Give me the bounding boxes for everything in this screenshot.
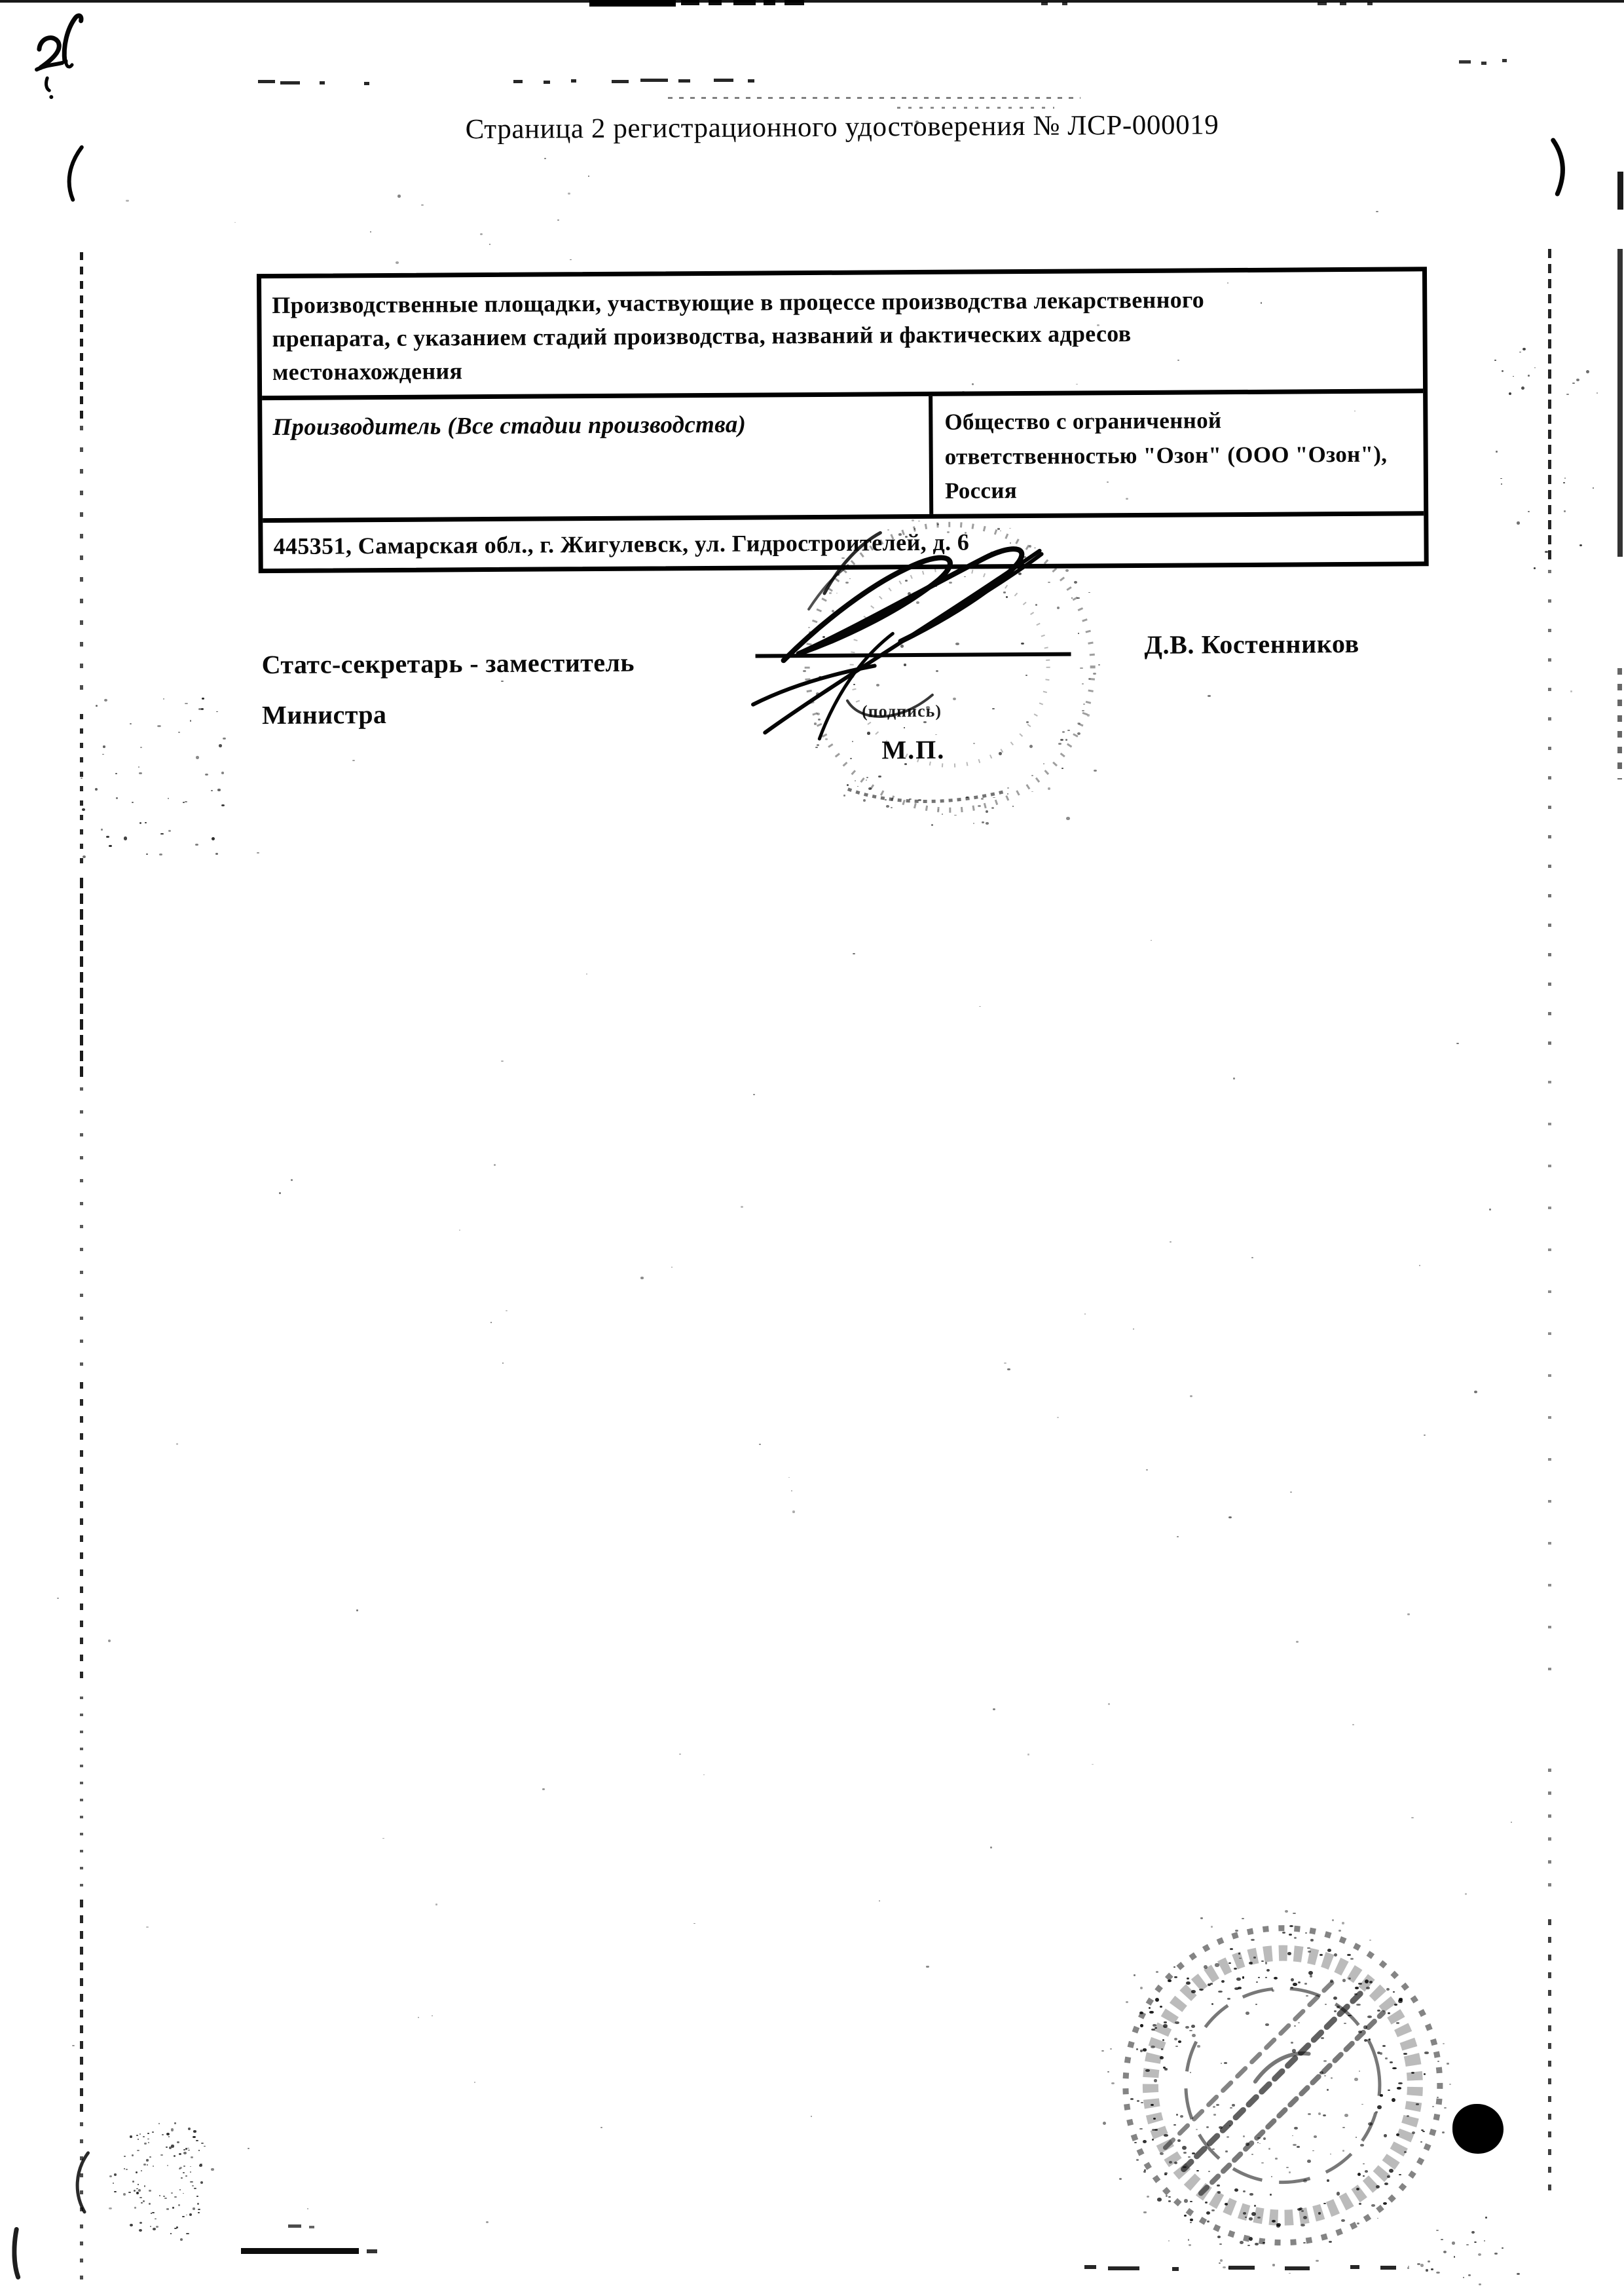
scan-noise-speck [926, 1966, 929, 1967]
scan-noise-speck [421, 204, 423, 206]
scan-noise-speck [1067, 730, 1070, 731]
scan-noise-speck [1176, 2114, 1178, 2116]
scan-noise-speck [221, 772, 224, 774]
scan-noise-speck [857, 786, 858, 787]
scan-noise-speck [568, 193, 570, 195]
scan-noise-speck [942, 814, 943, 815]
scan-noise-speck [993, 1708, 995, 1710]
scan-noise-vertical-line [80, 2122, 83, 2286]
scan-noise-speck [1333, 1997, 1337, 2000]
scan-noise-speck [1141, 2102, 1143, 2103]
scan-noise-speck [168, 2136, 170, 2137]
scan-noise-speck [1155, 1998, 1160, 2002]
scan-noise-speck [1234, 2188, 1238, 2192]
scan-noise-speck [138, 766, 139, 768]
scan-noise-speck [1076, 384, 1078, 385]
scan-noise-speck [1243, 2135, 1245, 2137]
scan-noise-speck [1061, 768, 1063, 770]
scan-noise-speck [1356, 2004, 1361, 2006]
scan-noise-speck [1088, 678, 1090, 680]
scan-noise-speck [167, 2165, 169, 2166]
scan-noise-speck [186, 2215, 187, 2216]
scan-noise-speck [1294, 2025, 1296, 2027]
scan-noise-speck [825, 738, 828, 740]
scan-noise-speck [179, 2167, 181, 2169]
scan-noise-speck [257, 852, 259, 853]
scan-noise-speck [114, 2191, 117, 2192]
scan-noise-speck [1249, 2193, 1253, 2195]
scan-noise-speck [1348, 1978, 1351, 1979]
scan-noise-speck [703, 1774, 705, 1776]
scan-noise-speck [102, 754, 104, 755]
scan-noise-speck [1397, 512, 1399, 513]
scan-noise-speck [1192, 2152, 1195, 2154]
scan-noise-vertical-line [80, 1900, 83, 2116]
scan-noise-mark [678, 79, 690, 83]
scan-noise-speck [1265, 2023, 1269, 2026]
scan-noise-speck [1375, 2111, 1377, 2112]
scan-noise-speck [146, 1926, 149, 1928]
scan-noise-speck [904, 763, 907, 765]
scan-noise-speck [82, 808, 85, 811]
scan-noise-speck [1164, 2134, 1168, 2137]
scan-noise-speck [1293, 1983, 1297, 1986]
scan-noise-speck [1077, 597, 1080, 599]
scan-noise-speck [1513, 376, 1514, 377]
scan-noise-speck [1219, 2126, 1223, 2129]
scan-noise-speck [693, 1923, 695, 1924]
scan-noise-speck [1217, 2185, 1220, 2186]
scan-noise-speck [1213, 2106, 1215, 2109]
scan-noise-speck [1301, 2224, 1305, 2226]
scan-noise-speck [109, 2175, 112, 2177]
scan-noise-speck [201, 708, 204, 710]
scan-noise-speck [215, 853, 219, 855]
scan-noise-speck [185, 703, 188, 704]
scan-noise-speck [1219, 2243, 1222, 2245]
scan-noise-mark [0, 0, 1624, 3]
scan-noise-speck [1007, 793, 1009, 795]
scan-noise-speck [1392, 2067, 1397, 2069]
scan-noise-speck [1456, 1043, 1459, 1045]
scan-noise-speck [1261, 302, 1263, 303]
scan-noise-speck [819, 676, 822, 679]
scan-noise-speck [211, 790, 213, 791]
scan-noise-speck [1139, 2012, 1143, 2015]
scan-noise-speck [1093, 673, 1096, 675]
scan-noise-speck [1026, 721, 1029, 723]
scan-noise-speck [1218, 1991, 1223, 1993]
scan-noise-speck [1576, 379, 1579, 381]
scan-noise-speck [1204, 1965, 1208, 1969]
scan-noise-speck [1266, 1969, 1270, 1972]
scan-noise-speck [1386, 1988, 1390, 1991]
scan-noise-speck [853, 684, 855, 685]
scan-noise-speck [1291, 2042, 1293, 2044]
scan-noise-speck [1428, 2260, 1430, 2262]
scan-noise-mark [709, 0, 722, 5]
scan-noise-speck [1271, 2176, 1273, 2177]
scan-noise-speck [1330, 1979, 1333, 1983]
scan-noise-speck [1371, 2204, 1375, 2206]
scan-noise-speck [193, 2136, 196, 2138]
scan-noise-speck [1407, 1613, 1410, 1615]
scan-noise-mark [897, 107, 1054, 109]
scan-noise-speck [1364, 2039, 1367, 2042]
scan-noise-speck [136, 2171, 138, 2173]
scan-noise-speck [1157, 2198, 1161, 2202]
scan-noise-speck [1292, 2135, 1293, 2137]
scan-noise-speck [1031, 791, 1033, 793]
scan-noise-speck [216, 711, 218, 713]
scan-noise-speck [838, 574, 840, 575]
scan-noise-speck [1272, 2220, 1276, 2222]
scan-noise-speck [1110, 2048, 1112, 2050]
scan-noise-speck [188, 2128, 191, 2130]
scan-noise-speck [1143, 2140, 1147, 2143]
scan-noise-speck [1294, 2127, 1298, 2129]
scan-noise-speck [1310, 1939, 1313, 1941]
scan-noise-speck [396, 261, 399, 263]
scan-noise-speck [1107, 2071, 1109, 2072]
scan-noise-speck [1205, 2202, 1208, 2204]
scan-noise-speck [1144, 2169, 1146, 2171]
scan-noise-speck [1449, 2084, 1451, 2085]
scan-noise-speck [1160, 2006, 1162, 2008]
scan-noise-speck [1228, 1516, 1232, 1518]
scan-noise-speck [291, 1179, 293, 1180]
scan-noise-speck [179, 2189, 181, 2190]
scan-noise-speck [935, 734, 937, 736]
scan-noise-speck [148, 2142, 149, 2143]
scan-noise-speck [1292, 2049, 1296, 2053]
scan-noise-speck [1545, 551, 1548, 553]
scan-noise-speck [1293, 1913, 1296, 1915]
scan-noise-speck [1502, 2247, 1504, 2249]
scan-noise-speck [1286, 2167, 1289, 2168]
scan-noise-speck [221, 804, 225, 807]
scan-noise-speck [188, 2150, 189, 2151]
scan-noise-speck [1184, 2215, 1187, 2217]
scan-noise-speck [502, 1362, 504, 1364]
scan-noise-speck [139, 2222, 142, 2224]
scan-noise-speck [1344, 2114, 1348, 2118]
scan-noise-speck [1441, 2239, 1443, 2240]
scan-noise-speck [1151, 2104, 1154, 2106]
scan-noise-speck [202, 698, 204, 700]
scan-noise-speck [1101, 2050, 1104, 2052]
scan-noise-speck [1365, 1979, 1369, 1983]
scan-noise-speck [193, 2130, 196, 2133]
scan-noise-speck [1272, 1989, 1275, 1992]
scan-noise-speck [1163, 2067, 1166, 2069]
scan-noise-speck [814, 722, 817, 725]
scan-noise-speck [1424, 2052, 1428, 2054]
scan-noise-speck [130, 2224, 133, 2226]
scan-noise-speck [1229, 2125, 1230, 2126]
scan-noise-speck [191, 2156, 193, 2158]
scan-noise-speck [1163, 2024, 1168, 2029]
scan-noise-speck [912, 519, 914, 521]
scan-noise-speck [1308, 1971, 1313, 1975]
scan-noise-mark [1228, 2266, 1255, 2270]
scan-noise-speck [1384, 2134, 1387, 2137]
scan-noise-speck [115, 773, 117, 774]
scan-noise-speck [1424, 2073, 1426, 2075]
scan-noise-speck [1388, 2090, 1390, 2091]
scan-noise-speck [183, 2166, 185, 2167]
scan-noise-speck [1293, 2144, 1297, 2146]
scan-noise-speck [1060, 739, 1063, 741]
scan-noise-mark [733, 0, 756, 5]
scan-noise-speck [1168, 2200, 1171, 2202]
scan-noise-speck [905, 536, 908, 538]
scan-noise-speck [900, 645, 904, 647]
scan-noise-speck [1080, 667, 1082, 669]
scan-noise-speck [1303, 2242, 1306, 2243]
scan-noise-speck [1327, 2179, 1329, 2182]
scan-noise-speck [1426, 2269, 1428, 2271]
scan-noise-speck [1564, 510, 1566, 512]
scan-noise-speck [1380, 2094, 1383, 2097]
scan-noise-speck [788, 1477, 790, 1478]
scan-noise-speck [1216, 2104, 1219, 2106]
scan-noise-speck [1048, 787, 1050, 789]
scan-noise-speck [138, 2184, 139, 2185]
scan-noise-speck [1443, 2251, 1447, 2253]
scan-noise-speck [1235, 1930, 1238, 1932]
scan-noise-speck [1327, 1949, 1331, 1953]
scan-noise-speck [1251, 2154, 1253, 2155]
scan-noise-speck [1334, 2010, 1337, 2012]
scan-noise-speck [1254, 2205, 1256, 2207]
scan-noise-speck [1396, 2022, 1399, 2025]
scan-noise-speck [1057, 1417, 1059, 1419]
scan-noise-speck [1071, 597, 1073, 599]
scan-noise-mark [640, 79, 668, 82]
scan-noise-speck [938, 810, 939, 811]
scan-noise-speck [878, 776, 881, 778]
scan-noise-speck [190, 2171, 192, 2173]
scan-noise-speck [1136, 2159, 1139, 2161]
scan-noise-speck [867, 732, 870, 735]
scan-noise-speck [164, 2198, 167, 2200]
scan-noise-speck [1323, 2203, 1326, 2204]
scan-noise-speck [818, 719, 821, 721]
scan-noise-speck [829, 592, 832, 593]
scan-noise-speck [72, 2045, 74, 2046]
scan-noise-speck [1323, 2114, 1326, 2116]
scan-noise-speck [841, 557, 845, 559]
scan-noise-speck [1261, 1960, 1264, 1962]
scan-noise-speck [180, 2238, 183, 2241]
scan-noise-speck [418, 2017, 420, 2018]
scan-noise-speck [190, 720, 191, 721]
scan-noise-mark [280, 81, 300, 84]
scan-noise-speck [1154, 2079, 1157, 2082]
scan-noise-speck [459, 1229, 461, 1231]
scan-noise-speck [850, 758, 851, 759]
scan-noise-mark [1502, 59, 1507, 62]
scan-noise-speck [1257, 2217, 1261, 2219]
scan-noise-speck [1211, 1926, 1213, 1928]
scan-noise-mark [1172, 2267, 1179, 2271]
scan-noise-speck [1432, 2106, 1434, 2107]
scan-noise-speck [136, 2135, 138, 2136]
scan-noise-speck [1199, 1989, 1204, 1991]
scan-noise-speck [124, 2168, 125, 2169]
scan-noise-speck [234, 222, 236, 223]
scan-noise-speck [1327, 2089, 1329, 2091]
scan-noise-speck [1191, 1990, 1196, 1993]
scan-noise-speck [1334, 1953, 1337, 1957]
scan-noise-speck [1354, 1993, 1357, 1995]
scan-noise-speck [1393, 1991, 1395, 1993]
scan-noise-speck [1224, 2062, 1227, 2064]
scan-noise-mark [589, 0, 676, 7]
scan-noise-speck [1211, 2209, 1215, 2212]
scan-noise-vertical-line [80, 1087, 83, 1376]
scan-noise-mark [1084, 2265, 1096, 2269]
scan-noise-speck [139, 822, 141, 824]
scan-noise-speck [557, 219, 559, 221]
scan-noise-speck [1385, 2057, 1388, 2059]
scan-noise-speck [1065, 569, 1069, 572]
scan-noise-speck [172, 2207, 175, 2209]
scan-noise-speck [1230, 1948, 1233, 1950]
scan-noise-speck [1593, 487, 1594, 489]
scan-noise-speck [1251, 1257, 1254, 1258]
scan-noise-speck [843, 795, 845, 797]
scan-noise-speck [1282, 1932, 1285, 1934]
scan-noise-speck [1265, 1962, 1268, 1964]
scan-noise-speck [1275, 2158, 1278, 2159]
scan-noise-speck [1290, 1491, 1292, 1493]
scan-noise-speck [201, 2143, 204, 2144]
scan-noise-speck [1436, 2230, 1439, 2231]
scan-noise-speck [1031, 775, 1033, 776]
scan-noise-speck [792, 1510, 795, 1512]
scan-noise-speck [1137, 2100, 1139, 2102]
scan-noise-speck [1399, 2174, 1401, 2175]
scan-noise-speck [153, 2166, 154, 2167]
scan-noise-vertical-line [80, 714, 83, 871]
scan-noise-vertical-line [1548, 249, 1551, 563]
scan-noise-speck [1307, 2160, 1310, 2163]
scan-noise-speck [931, 824, 934, 827]
scan-noise-speck [1092, 1764, 1093, 1765]
scan-noise-mark [241, 2248, 359, 2254]
scan-noise-speck [1065, 739, 1068, 741]
scan-noise-speck [147, 2133, 149, 2134]
scan-noise-speck [1236, 1978, 1241, 1981]
scan-noise-speck [1360, 2144, 1364, 2146]
scan-noise-speck [143, 2200, 145, 2202]
scan-noise-speck [1180, 2115, 1183, 2118]
scan-noise-speck [1228, 1962, 1231, 1964]
scan-noise-speck [193, 2207, 195, 2209]
scan-noise-mark [309, 2226, 314, 2228]
scan-noise-speck [753, 1094, 755, 1095]
scan-noise-speck [1398, 2082, 1403, 2085]
scan-noise-speck [144, 2185, 145, 2186]
scan-noise-vertical-line [1548, 1081, 1551, 1703]
scan-noise-mark [1108, 2266, 1139, 2270]
scan-noise-speck [1411, 1817, 1414, 1818]
scan-noise-speck [1225, 2150, 1227, 2152]
scan-noise-speck [158, 2123, 160, 2124]
scan-noise-speck [212, 837, 215, 840]
scan-noise-speck [204, 2146, 205, 2147]
scan-noise-speck [198, 2150, 200, 2151]
scan-noise-speck [918, 521, 920, 522]
scan-noise-speck [1133, 1328, 1134, 1330]
scan-noise-speck [137, 2150, 139, 2151]
scan-noise-speck [1383, 2202, 1387, 2205]
scan-noise-speck [759, 1444, 761, 1445]
scan-noise-speck [791, 1490, 793, 1491]
scan-noise-speck [174, 2196, 176, 2198]
scan-noise-speck [1255, 2004, 1257, 2005]
scan-noise-speck [1337, 2192, 1340, 2196]
scan-noise-speck [139, 2197, 141, 2199]
scan-noise-speck [382, 1838, 384, 1839]
scan-noise-speck [166, 2133, 170, 2136]
scan-noise-speck [1466, 2244, 1469, 2245]
scan-noise-speck [1082, 710, 1084, 711]
scan-noise-speck [1149, 2011, 1154, 2014]
scan-noise-speck [915, 121, 919, 123]
scan-noise-speck [1308, 2113, 1311, 2115]
scan-noise-speck [1168, 2240, 1170, 2241]
scan-noise-speck [168, 798, 169, 799]
scan-noise-speck [1407, 2267, 1409, 2269]
scan-noise-vertical-line [1548, 1769, 1551, 1900]
scan-noise-speck [147, 2139, 149, 2140]
scan-noise-speck [1192, 2034, 1196, 2037]
scan-noise-speck [1190, 2201, 1192, 2203]
scan-noise-speck [955, 643, 959, 645]
scan-noise-speck [990, 552, 993, 554]
scan-noise-speck [1253, 1957, 1257, 1959]
scan-noise-speck [1164, 2173, 1167, 2175]
scan-noise-speck [1143, 2211, 1146, 2213]
scan-noise-speck [990, 1847, 992, 1848]
scan-noise-speck [1454, 2256, 1456, 2258]
scan-noise-speck [1369, 2038, 1371, 2040]
scan-noise-speck [1210, 1983, 1212, 1984]
scan-noise-layer [0, 0, 1624, 2288]
scan-noise-speck [1058, 743, 1061, 745]
scan-noise-speck [1564, 478, 1566, 479]
scan-noise-speck [1146, 1469, 1148, 1471]
scan-noise-speck [1484, 2240, 1485, 2241]
scan-noise-speck [149, 2156, 151, 2158]
scan-noise-speck [1208, 2171, 1211, 2172]
scan-noise-speck [1376, 211, 1378, 212]
scan-noise-speck [1111, 2082, 1115, 2084]
scan-noise-speck [1305, 1932, 1307, 1934]
scan-noise-speck [1502, 370, 1504, 372]
scan-noise-speck [1149, 2007, 1151, 2009]
scan-noise-speck [544, 158, 546, 159]
scan-noise-speck [1251, 2212, 1256, 2216]
scan-noise-speck [1274, 1977, 1278, 1979]
scan-noise-speck [1249, 2237, 1253, 2241]
scan-noise-speck [1190, 2219, 1192, 2221]
scan-noise-speck [815, 747, 817, 748]
scan-noise-speck [1256, 1981, 1259, 1983]
